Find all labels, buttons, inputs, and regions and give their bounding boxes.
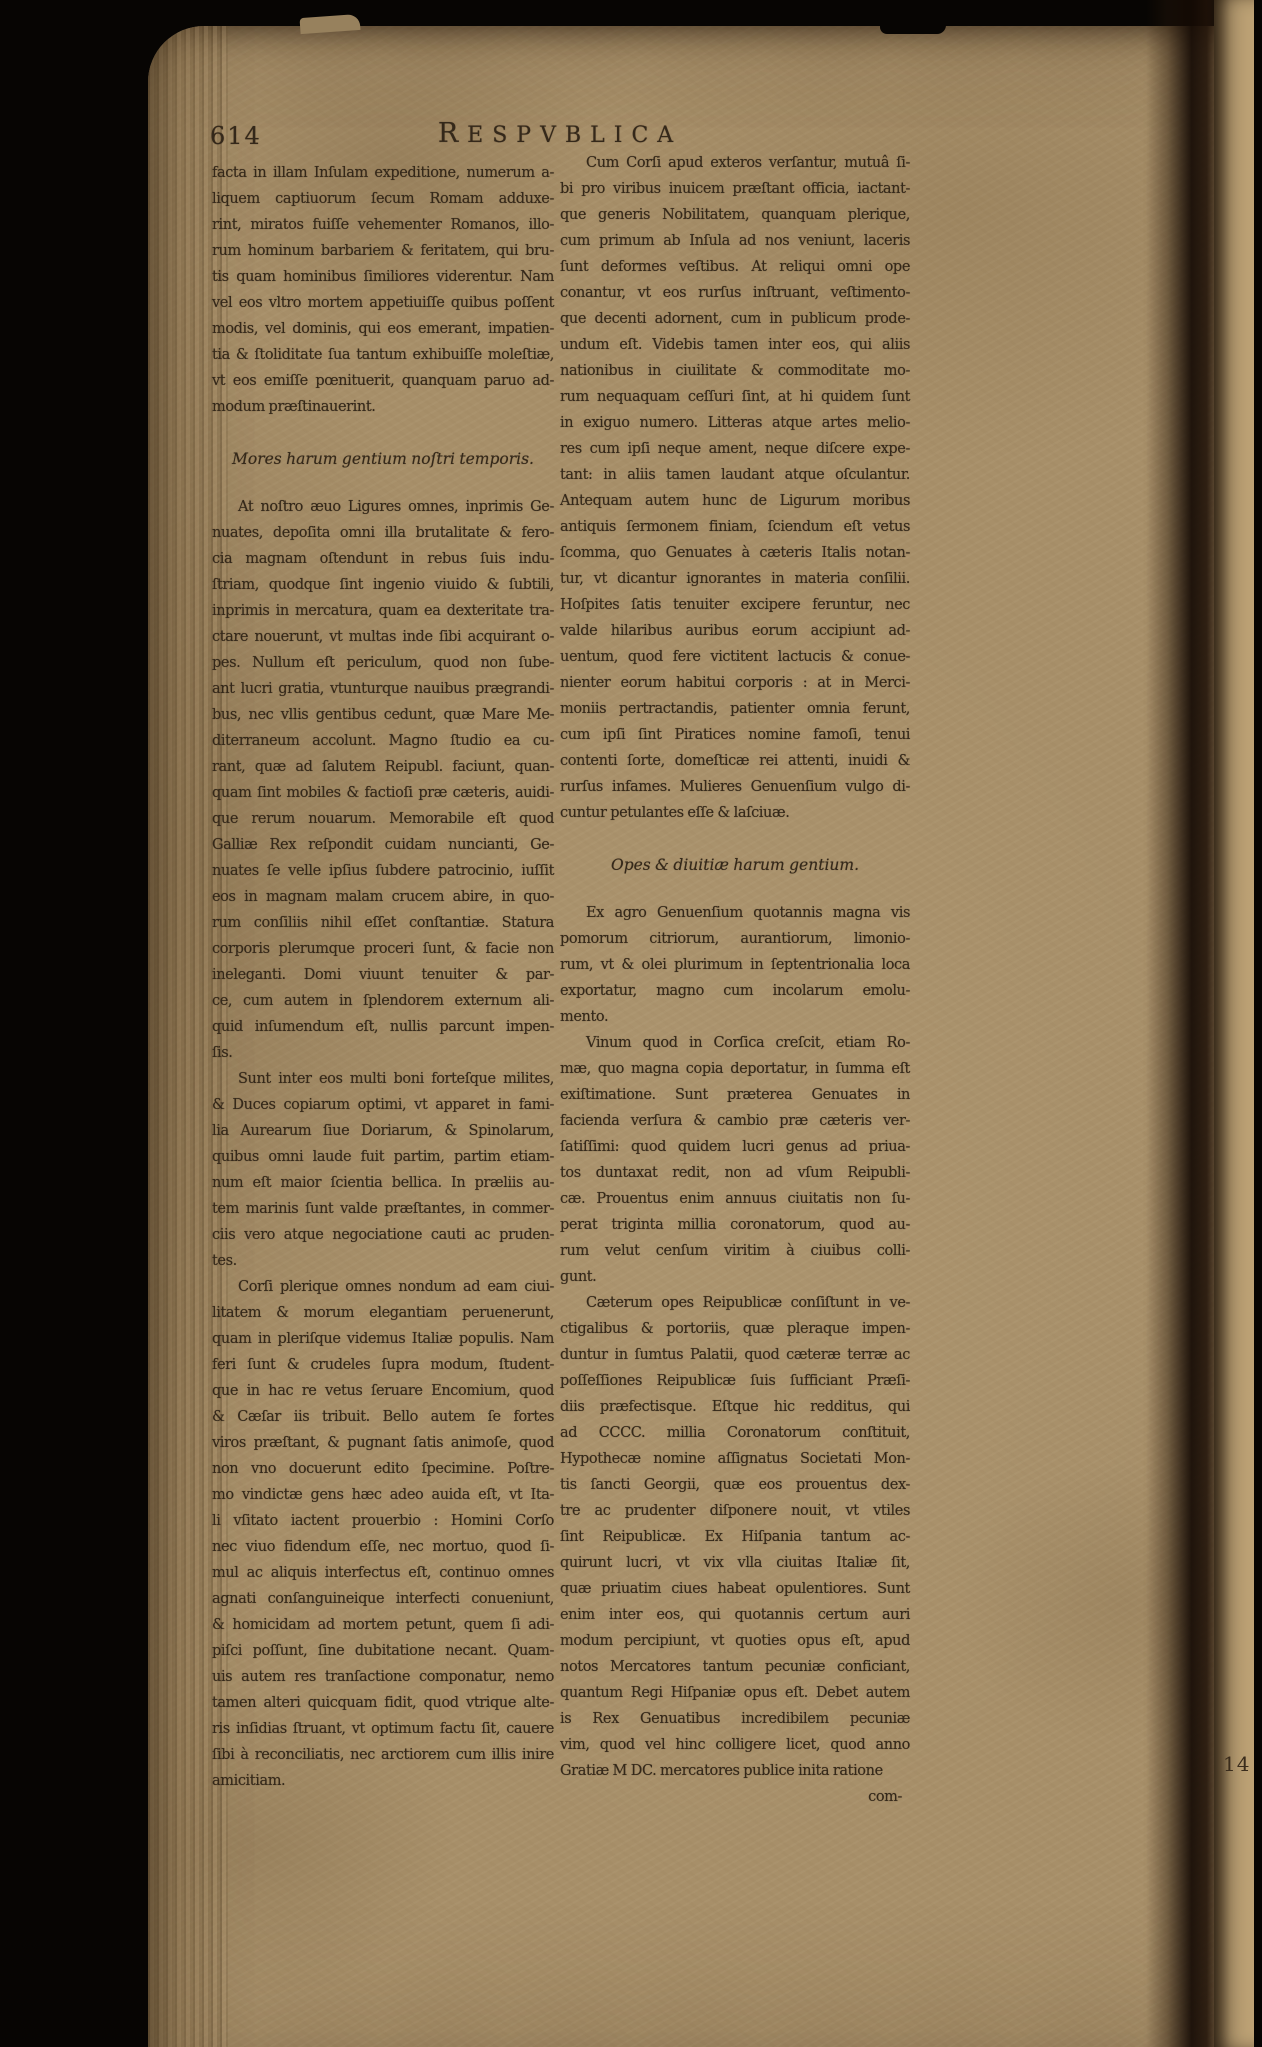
text-line: & Duces copiarum optimi, vt apparet in f… <box>212 1092 554 1118</box>
text-line: & Cæſar iis tribuit. Bello autem ſe fort… <box>212 1404 554 1430</box>
text-line: piſci poſſunt, ſine dubitatione necant. … <box>212 1638 554 1664</box>
text-line: enim inter eos, qui quotannis certum aur… <box>560 1602 910 1628</box>
paragraph-expedition: facta in illam Inſulam expeditione, nume… <box>212 160 554 420</box>
text-line: exportatur, magno cum incolarum emolu- <box>560 978 910 1004</box>
text-line: rum hominum barbariem & feritatem, qui b… <box>212 238 554 264</box>
text-line: Corſi plerique omnes nondum ad eam ciui- <box>212 1274 554 1300</box>
paragraph-opes: Cæterum opes Reipublicæ conſiſtunt in ve… <box>560 1290 910 1784</box>
text-line: ineleganti. Domi viuunt tenuiter & par- <box>212 962 554 988</box>
catchword: com- <box>560 1784 910 1810</box>
text-line: gunt. <box>560 1264 910 1290</box>
text-line: ctigalibus & portoriis, quæ pleraque imp… <box>560 1316 910 1342</box>
text-line: vel eos vltro mortem appetiuiſſe quibus … <box>212 290 554 316</box>
scanned-book-spread: 614 RESPVBLICA facta in illam Inſulam ex… <box>0 0 1262 2047</box>
text-line: Galliæ Rex reſpondit cuidam nuncianti, G… <box>212 832 554 858</box>
text-line: res cum ipſi neque ament, neque diſcere … <box>560 436 910 462</box>
text-line: ſibi à reconciliatis, nec arctiorem cum … <box>212 1742 554 1768</box>
text-line: vim, quod vel hinc colligere licet, quod… <box>560 1732 910 1758</box>
text-line: nec viuo fidendum eſſe, nec mortuo, quod… <box>212 1534 554 1560</box>
text-line: mul ac aliquis interfectus eſt, continuo… <box>212 1560 554 1586</box>
text-line: quam ſint mobiles & factioſi præ cæteris… <box>212 780 554 806</box>
text-line: Antequam autem hunc de Ligurum moribus <box>560 488 910 514</box>
text-line: feri ſunt & crudeles ſupra modum, ſtuden… <box>212 1352 554 1378</box>
text-line: tia & ſtoliditate ſua tantum exhibuiſſe … <box>212 342 554 368</box>
text-line: liquem captiuorum ſecum Romam adduxe- <box>212 186 554 212</box>
text-line: diis præfectisque. Eſtque hic redditus, … <box>560 1394 910 1420</box>
text-line: ſcomma, quo Genuates à cæteris Italis no… <box>560 540 910 566</box>
scan-gap-notch <box>880 0 946 34</box>
text-line: ciis vero atque negociatione cauti ac pr… <box>212 1222 554 1248</box>
text-line: Vinum quod in Corſica creſcit, etiam Ro- <box>560 1030 910 1056</box>
text-line: litatem & morum elegantiam peruenerunt, <box>212 1300 554 1326</box>
text-line: Ex agro Genuenſium quotannis magna vis <box>560 900 910 926</box>
running-head: RESPVBLICA <box>208 118 912 149</box>
scanned-book-photo: { "page": { "folio": "614", "running_hea… <box>0 0 1262 2047</box>
text-line: is Rex Genuatibus incredibilem pecuniæ <box>560 1706 910 1732</box>
text-line: mæ, quo magna copia deportatur, in ſumma… <box>560 1056 910 1082</box>
text-line: Gratiæ M DC. mercatores publice inita ra… <box>560 1758 910 1784</box>
text-line: rum, vt & olei plurimum in ſeptentrional… <box>560 952 910 978</box>
text-line: nationibus in ciuilitate & commoditate m… <box>560 358 910 384</box>
text-line: Hoſpites ſatis tenuiter excipere feruntu… <box>560 592 910 618</box>
text-line: mo vindictæ gens hæc adeo auida eſt, vt … <box>212 1482 554 1508</box>
text-line: ant lucri gratia, vtunturque nauibus præ… <box>212 676 554 702</box>
text-line: tre ac prudenter diſponere nouit, vt vti… <box>560 1498 910 1524</box>
text-line: viros præſtant, & pugnant ſatis animoſe,… <box>212 1430 554 1456</box>
paragraph-ligures: At noſtro æuo Ligures omnes, inprimis Ge… <box>212 494 554 1066</box>
text-line: cum primum ab Inſula ad nos veniunt, lac… <box>560 228 910 254</box>
text-line: ſunt deformes veſtibus. At reliqui omni … <box>560 254 910 280</box>
paragraph-vinum: Vinum quod in Corſica creſcit, etiam Ro-… <box>560 1030 910 1290</box>
text-line: tes. <box>212 1248 554 1274</box>
text-line: exiſtimatione. Sunt præterea Genuates in <box>560 1082 910 1108</box>
text-line: rant, quæ ad ſalutem Reipubl. faciunt, q… <box>212 754 554 780</box>
text-line: perat triginta millia coronatorum, quod … <box>560 1212 910 1238</box>
text-line: tem marinis ſunt valde præſtantes, in co… <box>212 1196 554 1222</box>
text-line: li vſitato iactent prouerbio : Homini Co… <box>212 1508 554 1534</box>
text-line: que decenti adornent, cum in publicum pr… <box>560 306 910 332</box>
text-line: ad CCCC. millia Coronatorum conſtituit, <box>560 1420 910 1446</box>
text-line: cuntur petulantes eſſe & laſciuæ. <box>560 800 910 826</box>
text-line: ſint Reipublicæ. Ex Hiſpania tantum ac- <box>560 1524 910 1550</box>
text-line: uis autem res tranſactione componatur, n… <box>212 1664 554 1690</box>
text-line: Cæterum opes Reipublicæ conſiſtunt in ve… <box>560 1290 910 1316</box>
text-line: uentum, quod fere victitent lactucis & c… <box>560 644 910 670</box>
text-line: ſis. <box>212 1040 554 1066</box>
text-line: quantum Regi Hiſpaniæ opus eſt. Debet au… <box>560 1680 910 1706</box>
paragraph-corsi: Corſi plerique omnes nondum ad eam ciui-… <box>212 1274 554 1794</box>
text-line: mento. <box>560 1004 910 1030</box>
text-line: At noſtro æuo Ligures omnes, inprimis Ge… <box>212 494 554 520</box>
text-line: modis, vel dominis, qui eos emerant, imp… <box>212 316 554 342</box>
text-line: bi pro viribus inuicem præſtant officia,… <box>560 176 910 202</box>
text-line: duntur in ſumtus Palatii, quod cæteræ te… <box>560 1342 910 1368</box>
text-line: ce, cum autem in ſplendorem externum ali… <box>212 988 554 1014</box>
text-line: facienda verſura & cambio præ cæteris ve… <box>560 1108 910 1134</box>
text-line: rint, miratos fuiſſe vehementer Romanos,… <box>212 212 554 238</box>
text-line: que in hac re vetus ſeruare Encomium, qu… <box>212 1378 554 1404</box>
facing-page-number: 14 <box>1223 1752 1250 1776</box>
text-line: quibus omni laude fuit partim, partim et… <box>212 1144 554 1170</box>
text-line: nuates, depoſita omni illa brutalitate &… <box>212 520 554 546</box>
text-line: antiquis ſermonem finiam, ſciendum eſt v… <box>560 514 910 540</box>
text-line: pes. Nullum eſt periculum, quod non ſube… <box>212 650 554 676</box>
book-page: 614 RESPVBLICA facta in illam Inſulam ex… <box>148 26 1254 2047</box>
text-line: notos Mercatores tantum pecuniæ conficia… <box>560 1654 910 1680</box>
text-line: tant: in aliis tamen laudant atque oſcul… <box>560 462 910 488</box>
text-line: rum conſiliis nihil eſſet conſtantiæ. St… <box>212 910 554 936</box>
text-line: tur, vt dicantur ignorantes in materia c… <box>560 566 910 592</box>
text-line: ſtriam, quodque ſint ingenio viuido & ſu… <box>212 572 554 598</box>
text-line: corporis plerumque proceri ſunt, & facie… <box>212 936 554 962</box>
text-line: nienter eorum habitui corporis : at in M… <box>560 670 910 696</box>
text-line: pomorum citriorum, aurantiorum, limonio- <box>560 926 910 952</box>
text-line: cia magnam oſtendunt in rebus ſuis indu- <box>212 546 554 572</box>
text-line: diterraneum accolunt. Magno ſtudio ea cu… <box>212 728 554 754</box>
text-line: ris inſidias ſtruant, vt optimum factu ſ… <box>212 1716 554 1742</box>
text-line: quid inſumendum eſt, nullis parcunt impe… <box>212 1014 554 1040</box>
text-line: rurſus infames. Mulieres Genuenſium vulg… <box>560 774 910 800</box>
left-text-column: facta in illam Inſulam expeditione, nume… <box>212 160 554 1794</box>
text-line: quæ priuatim ciues habeat opulentiores. … <box>560 1576 910 1602</box>
text-line: valde hilaribus auribus eorum accipiunt … <box>560 618 910 644</box>
text-line: tos duntaxat redit, non ad vſum Reipubli… <box>560 1160 910 1186</box>
text-line: amicitiam. <box>212 1768 554 1794</box>
paragraph-corsi-abroad: Cum Corſi apud exteros verſantur, mutuâ … <box>560 150 910 826</box>
paragraph-milites: Sunt inter eos multi boni forteſque mili… <box>212 1066 554 1274</box>
text-line: & homicidam ad mortem petunt, quem ſi ad… <box>212 1612 554 1638</box>
text-line: nuates ſe velle ipſius ſubdere patrocini… <box>212 858 554 884</box>
text-line: rum velut cenſum viritim à ciuibus colli… <box>560 1238 910 1264</box>
text-line: inprimis in mercatura, quam ea dexterita… <box>212 598 554 624</box>
text-line: tis ſancti Georgii, quæ eos prouentus de… <box>560 1472 910 1498</box>
text-line: moniis pertractandis, patienter omnia fe… <box>560 696 910 722</box>
section-heading-mores: Mores harum gentium noſtri temporis. <box>212 446 554 472</box>
text-line: contenti ſorte, domeſticæ rei attenti, i… <box>560 748 910 774</box>
text-line: tamen alteri quicquam fidit, quod vtriqu… <box>212 1690 554 1716</box>
text-line: undum eſt. Videbis tamen inter eos, qui … <box>560 332 910 358</box>
text-line: Cum Corſi apud exteros verſantur, mutuâ … <box>560 150 910 176</box>
text-line: rum nequaquam ceſſuri ſint, at hi quidem… <box>560 384 910 410</box>
text-line: agnati conſanguineique interfecti conuen… <box>212 1586 554 1612</box>
text-line: modum præſtinauerint. <box>212 394 554 420</box>
text-line: vt eos emiſſe pœnituerit, quanquam paruo… <box>212 368 554 394</box>
text-line: que rerum nouarum. Memorabile eſt quod <box>212 806 554 832</box>
text-line: Hypothecæ nomine aſſignatus Societati Mo… <box>560 1446 910 1472</box>
text-line: ctare nouerunt, vt multas inde ſibi acqu… <box>212 624 554 650</box>
text-line: modum percipiunt, vt quoties opus eſt, a… <box>560 1628 910 1654</box>
text-line: non vno docuerunt edito ſpecimine. Poſtr… <box>212 1456 554 1482</box>
text-line: poſſeſſiones Reipublicæ ſuis ſufficiant … <box>560 1368 910 1394</box>
text-line: quirunt lucri, vt vix vlla ciuitas Itali… <box>560 1550 910 1576</box>
text-line: eos in magnam malam crucem abire, in quo… <box>212 884 554 910</box>
text-line: quam in pleriſque videmus Italiæ populis… <box>212 1326 554 1352</box>
book-gutter-shadow <box>1146 0 1222 2047</box>
section-heading-opes: Opes & diuitiæ harum gentium. <box>560 852 910 878</box>
text-line: Sunt inter eos multi boni forteſque mili… <box>212 1066 554 1092</box>
text-line: in exiguo numero. Litteras atque artes m… <box>560 410 910 436</box>
facing-page-sliver: 14 <box>1214 0 1254 2047</box>
paragraph-exports: Ex agro Genuenſium quotannis magna vispo… <box>560 900 910 1030</box>
right-text-column: Cum Corſi apud exteros verſantur, mutuâ … <box>560 150 910 1810</box>
text-line: ſatiſſimi: quod quidem lucri genus ad pr… <box>560 1134 910 1160</box>
text-line: que generis Nobilitatem, quanquam pleriq… <box>560 202 910 228</box>
text-line: cæ. Prouentus enim annuus ciuitatis non … <box>560 1186 910 1212</box>
text-line: num eſt maior ſcientia bellica. In præli… <box>212 1170 554 1196</box>
text-line: facta in illam Inſulam expeditione, nume… <box>212 160 554 186</box>
text-line: conantur, vt eos rurſus inſtruant, veſti… <box>560 280 910 306</box>
text-line: cum ipſi ſint Piratices nomine famoſi, t… <box>560 722 910 748</box>
text-line: lia Aurearum ſiue Doriarum, & Spinolarum… <box>212 1118 554 1144</box>
text-line: tis quam hominibus ſimiliores viderentur… <box>212 264 554 290</box>
text-line: bus, nec vllis gentibus cedunt, quæ Mare… <box>212 702 554 728</box>
